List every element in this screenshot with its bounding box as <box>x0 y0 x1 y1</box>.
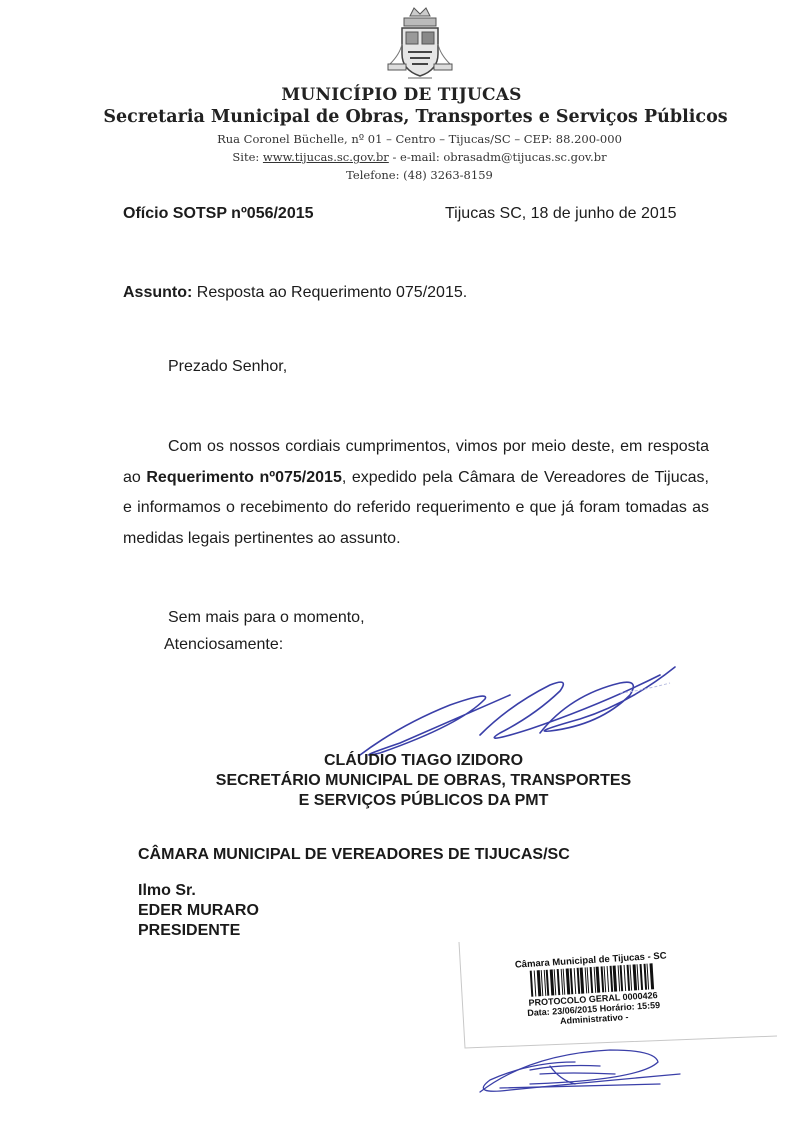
subject-line: Assunto: Resposta ao Requerimento 075/20… <box>123 284 467 302</box>
signatory-role-line-1: SECRETÁRIO MUNICIPAL DE OBRAS, TRANSPORT… <box>22 772 803 790</box>
signature-icon <box>340 655 680 760</box>
contact-line: Site: www.tijucas.sc.gov.br - e-mail: ob… <box>18 150 803 164</box>
recipient-salutation: Ilmo Sr. <box>138 882 196 900</box>
letter-body: Com os nossos cordiais cumprimentos, vim… <box>123 432 709 554</box>
site-link[interactable]: www.tijucas.sc.gov.br <box>263 150 389 164</box>
protocol-stamp: Câmara Municipal de Tijucas - SC PROTOCO… <box>503 950 682 1030</box>
phone-line: Telefone: (48) 3263-8159 <box>18 168 803 182</box>
municipality-title: MUNICÍPIO DE TIJUCAS <box>0 85 803 105</box>
closing-line: Sem mais para o momento, <box>168 609 365 627</box>
place-date: Tijucas SC, 18 de junho de 2015 <box>445 205 677 223</box>
recipient-role: PRESIDENTE <box>138 922 240 940</box>
body-requirement-ref: Requerimento nº075/2015 <box>146 469 341 486</box>
recipient-organization: CÂMARA MUNICIPAL DE VEREADORES DE TIJUCA… <box>138 846 570 864</box>
signatory-name: CLÁUDIO TIAGO IZIDORO <box>22 752 803 770</box>
subject-label: Assunto: <box>123 284 192 301</box>
subject-text: Resposta ao Requerimento 075/2015. <box>192 284 467 301</box>
site-label: Site: <box>232 150 263 164</box>
email-text: - e-mail: obrasadm@tijucas.sc.gov.br <box>389 150 607 164</box>
letter-reference: Ofício SOTSP nº056/2015 <box>123 205 314 223</box>
address-line: Rua Coronel Büchelle, nº 01 – Centro – T… <box>18 132 803 146</box>
document-page: { "letterhead": { "crest_icon": "municip… <box>0 0 803 1141</box>
recipient-name: EDER MURARO <box>138 902 259 920</box>
receipt-signature-icon <box>470 1040 710 1100</box>
department-title: Secretaria Municipal de Obras, Transport… <box>14 107 803 127</box>
coat-of-arms-icon <box>380 4 460 84</box>
signatory-role-line-2: E SERVIÇOS PÚBLICOS DA PMT <box>22 792 803 810</box>
closing-salutation: Atenciosamente: <box>164 636 283 654</box>
greeting: Prezado Senhor, <box>168 358 287 376</box>
